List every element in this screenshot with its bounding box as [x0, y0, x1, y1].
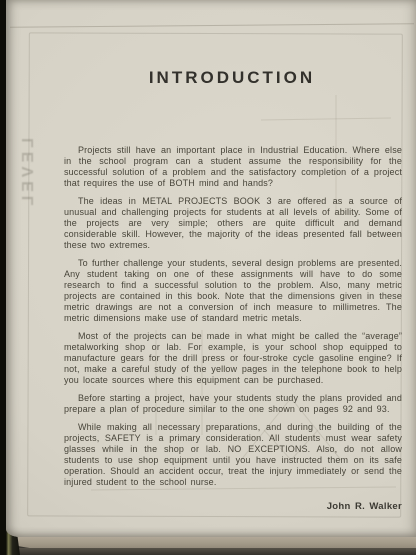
page-body-text: Projects still have an important place i… — [64, 145, 402, 512]
paragraph-safety: While making all necessary preparations,… — [64, 422, 402, 488]
show-through-text: LEVEL — [20, 138, 38, 210]
paragraph-design-problems: To further challenge your students, seve… — [64, 258, 402, 324]
page-title: INTRODUCTION — [62, 68, 402, 88]
author-signature: John R. Walker — [64, 501, 402, 512]
book-page: LEVEL INTRODUCTION Projects still have a… — [6, 0, 416, 537]
paragraph-projects-place: Projects still have an important place i… — [64, 145, 402, 189]
paragraph-book-ideas: The ideas in METAL PROJECTS BOOK 3 are o… — [64, 196, 402, 251]
book-photo: LEVEL INTRODUCTION Projects still have a… — [0, 0, 416, 555]
paragraph-plan-of-procedure: Before starting a project, have your stu… — [64, 393, 402, 415]
paragraph-average-shop: Most of the projects can be made in what… — [64, 331, 402, 386]
table-shadow — [0, 548, 416, 555]
